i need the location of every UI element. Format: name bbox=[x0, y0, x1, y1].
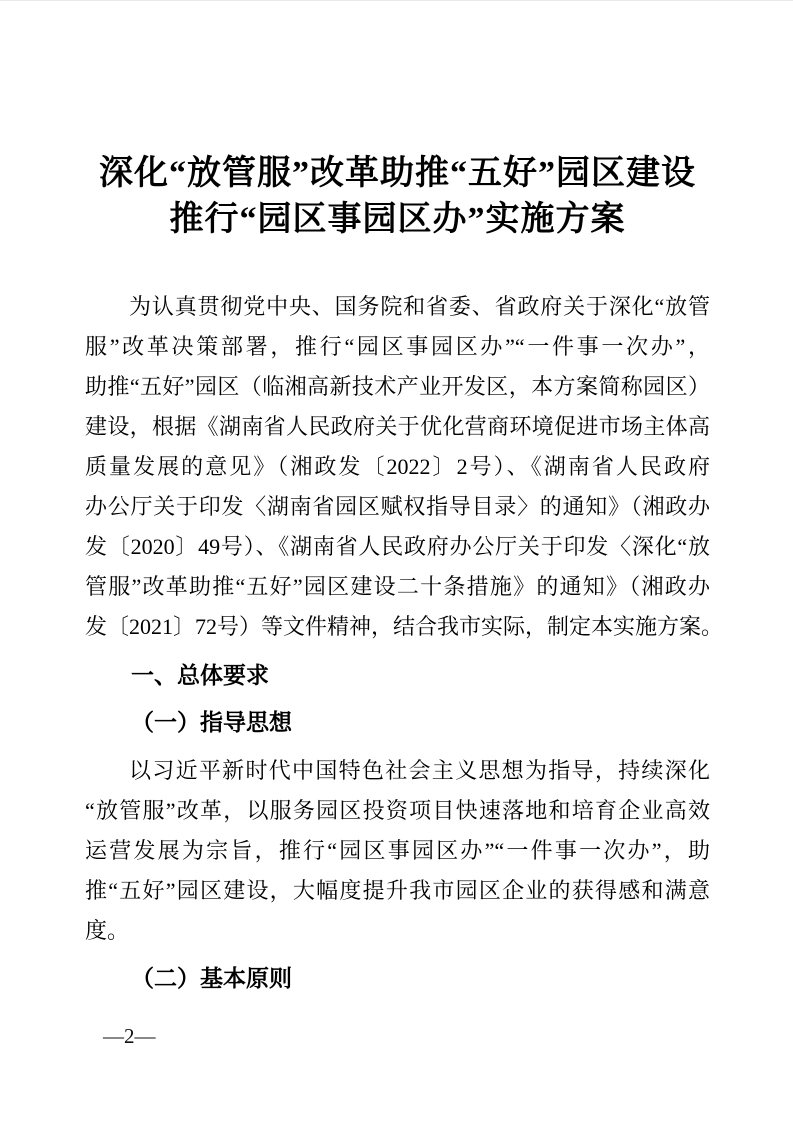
section-heading-overall-requirements: 一、总体要求 bbox=[85, 655, 710, 695]
paragraph-line: 建设，根据《湖南省人民政府关于优化营商环境促进市场主体高 bbox=[85, 407, 710, 447]
paragraph-line: 质量发展的意见》（湘政发〔2022〕2号）、《湖南省人民政府 bbox=[85, 447, 710, 487]
paragraph-line: 管服”改革助推“五好”园区建设二十条措施》的通知》（湘政办 bbox=[85, 567, 710, 607]
paragraph-line: 服”改革决策部署，推行“园区事园区办”“一件事一次办”， bbox=[85, 327, 710, 367]
document-page: { "title": { "line1": "深化“放管服”改革助推“五好”园区… bbox=[0, 0, 793, 1122]
paragraph-line: 为认真贯彻党中央、国务院和省委、省政府关于深化“放管 bbox=[85, 287, 710, 327]
page-number: —2— bbox=[103, 1023, 156, 1049]
page-content: 深化“放管服”改革助推“五好”园区建设 推行“园区事园区办”实施方案 为认真贯彻… bbox=[0, 1, 793, 1122]
paragraph-line: 运营发展为宗旨，推行“园区事园区办”“一件事一次办”，助 bbox=[85, 831, 710, 871]
document-title-line-1: 深化“放管服”改革助推“五好”园区建设 bbox=[85, 151, 710, 197]
paragraph-line: 度。 bbox=[85, 911, 710, 951]
paragraph-line: 助推“五好”园区（临湘高新技术产业开发区，本方案简称园区） bbox=[85, 367, 710, 407]
paragraph-line: 以习近平新时代中国特色社会主义思想为指导，持续深化 bbox=[85, 751, 710, 791]
paragraph-line: 推“五好”园区建设，大幅度提升我市园区企业的获得感和满意 bbox=[85, 871, 710, 911]
document-title-line-2: 推行“园区事园区办”实施方案 bbox=[85, 197, 710, 243]
document-title: 深化“放管服”改革助推“五好”园区建设 推行“园区事园区办”实施方案 bbox=[85, 151, 710, 243]
paragraph-line: “放管服”改革，以服务园区投资项目快速落地和培育企业高效 bbox=[85, 791, 710, 831]
paragraph-line: 发〔2020〕49号）、《湖南省人民政府办公厅关于印发〈深化“放 bbox=[85, 527, 710, 567]
subsection-heading-guiding-ideology: （一）指导思想 bbox=[85, 703, 710, 743]
paragraph-2: 以习近平新时代中国特色社会主义思想为指导，持续深化 “放管服”改革，以服务园区投… bbox=[85, 751, 710, 951]
paragraph-1: 为认真贯彻党中央、国务院和省委、省政府关于深化“放管 服”改革决策部署，推行“园… bbox=[85, 287, 710, 647]
paragraph-line: 办公厅关于印发〈湖南省园区赋权指导目录〉的通知》（湘政办 bbox=[85, 487, 710, 527]
paragraph-line: 发〔2021〕72号）等文件精神，结合我市实际，制定本实施方案。 bbox=[85, 607, 710, 647]
subsection-heading-basic-principles: （二）基本原则 bbox=[85, 959, 710, 999]
